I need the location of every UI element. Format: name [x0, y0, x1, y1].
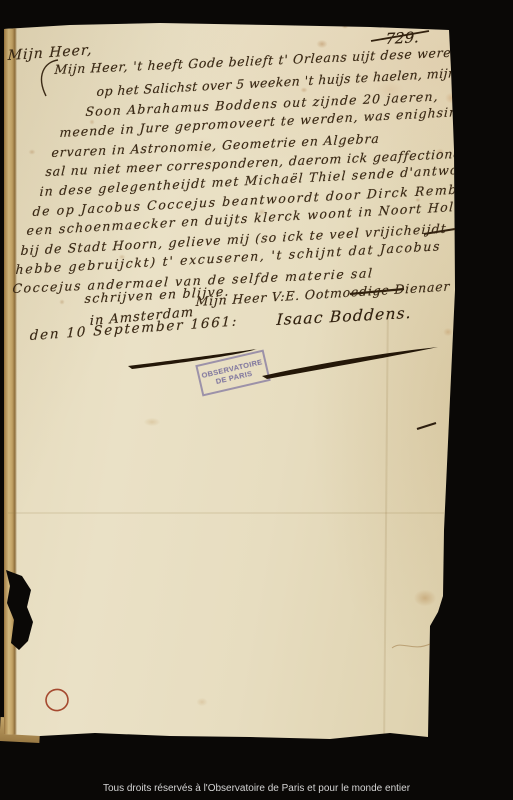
manuscript-page: Mijn Heer, 729. Mijn Heer, 't heeft Gode…	[0, 0, 513, 800]
scan-viewer: { "caption": "Tous droits réservés à l'O…	[0, 0, 513, 800]
copyright-caption: Tous droits réservés à l'Observatoire de…	[0, 783, 513, 794]
page-number: 729.	[385, 28, 419, 48]
horizontal-fold-crease	[8, 512, 444, 514]
